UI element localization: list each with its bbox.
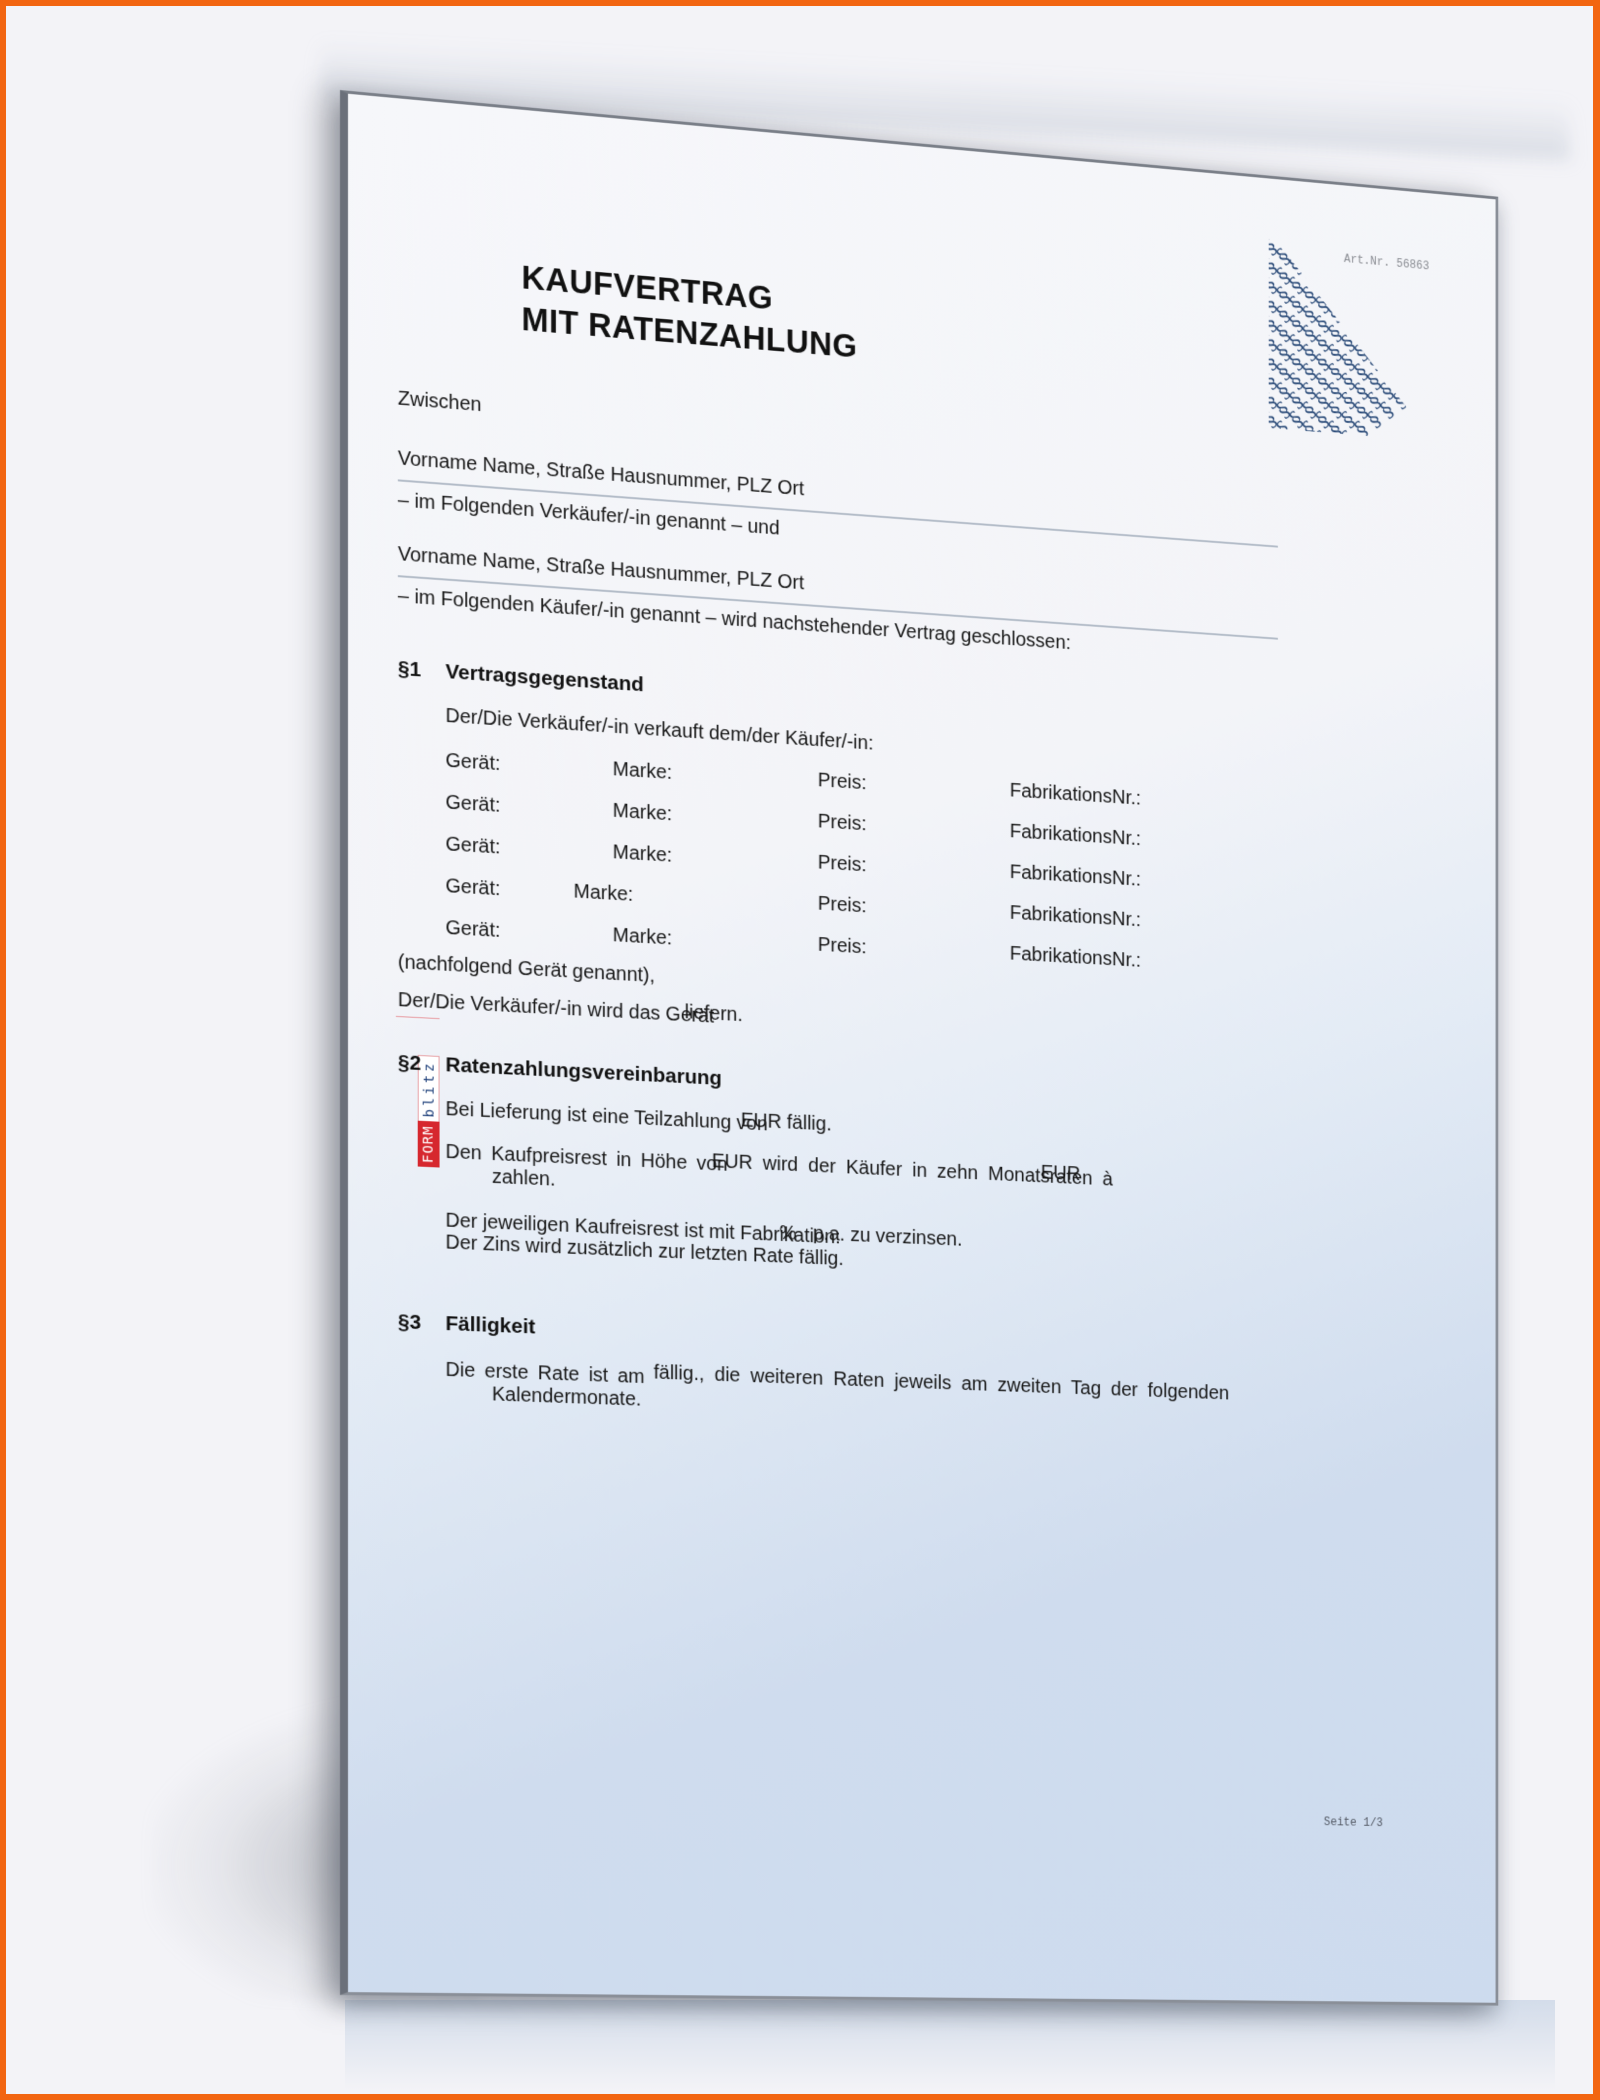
section-3-line-2: Kalendermonate. — [492, 1383, 641, 1411]
section-1-heading: §1Vertragsgegenstand — [398, 657, 644, 697]
section-3-heading: §3Fälligkeit — [398, 1310, 535, 1339]
section-1-after-2a: Der/Die Verkäufer/-in wird das Gerät — [398, 989, 714, 1028]
item-field-label: Marke: — [613, 800, 673, 826]
item-field-label: Gerät: — [445, 792, 500, 818]
item-field-label: Preis: — [818, 852, 867, 877]
section-2-heading: §2Ratenzahlungsvereinbarung — [398, 1051, 722, 1091]
item-field-label: Marke: — [574, 881, 634, 907]
document-stage: KAUFVERTRAG MIT RATENZAHLUNG Art.Nr. 568… — [340, 90, 1560, 1995]
section-2-line-1a: Bei Lieferung ist eine Teilzahlung von — [445, 1098, 767, 1136]
page-reflection — [345, 2000, 1555, 2090]
section-3-title: Fälligkeit — [445, 1312, 535, 1338]
seller-role: – im Folgenden Verkäufer/-in genannt – u… — [398, 489, 780, 540]
section-3-line-1b: fällig., die weiteren Raten jeweils am z… — [654, 1362, 1230, 1406]
item-field-label: FabrikationsNr.: — [1010, 902, 1141, 932]
item-field-label: Marke: — [613, 758, 673, 784]
item-field-label: FabrikationsNr.: — [1010, 780, 1141, 811]
section-1-title: Vertragsgegenstand — [445, 660, 643, 696]
section-2-line-2a: Den Kaufpreisrest in Höhe von — [445, 1141, 727, 1177]
item-field-label: Gerät: — [445, 875, 500, 901]
item-field-label: FabrikationsNr.: — [1010, 943, 1141, 973]
section-2-line-1b: EUR fällig. — [741, 1109, 832, 1136]
item-field-label: Preis: — [818, 811, 867, 837]
document-page: KAUFVERTRAG MIT RATENZAHLUNG Art.Nr. 568… — [340, 90, 1498, 2006]
section-2-line-3b: % — [779, 1222, 796, 1245]
article-number: Art.Nr. 56863 — [1344, 252, 1429, 273]
section-2-title: Ratenzahlungsvereinbarung — [445, 1053, 721, 1090]
section-1-intro: Der/Die Verkäufer/-in verkauft dem/der K… — [445, 705, 873, 756]
document-title: KAUFVERTRAG MIT RATENZAHLUNG — [522, 257, 858, 368]
buyer-address: Vorname Name, Straße Hausnummer, PLZ Ort — [398, 543, 804, 595]
parties-intro: Zwischen — [398, 388, 482, 418]
item-field-label: Preis: — [818, 934, 867, 959]
section-2-line-2d: zahlen. — [492, 1166, 555, 1192]
item-field-label: Marke: — [613, 841, 673, 867]
item-field-label: Preis: — [818, 893, 867, 918]
item-field-label: FabrikationsNr.: — [1010, 821, 1141, 851]
section-2-number: §2 — [398, 1051, 446, 1077]
item-field-label: Marke: — [613, 924, 673, 950]
section-2-line-2c: EUR — [1041, 1162, 1081, 1186]
buyer-role: – im Folgenden Käufer/-in genannt – wird… — [398, 585, 1071, 655]
item-field-label: FabrikationsNr.: — [1010, 861, 1141, 891]
section-3-number: §3 — [398, 1310, 446, 1336]
section-1-after-2b: liefern. — [685, 1001, 743, 1027]
item-field-label: Gerät: — [445, 917, 500, 943]
formblitz-logo: FORM blitz — [418, 1017, 440, 1167]
section-1-number: §1 — [398, 657, 446, 684]
item-field-label: Gerät: — [445, 833, 500, 859]
item-field-label: Gerät: — [445, 750, 500, 776]
section-1-after-1: (nachfolgend Gerät genannt), — [398, 951, 655, 988]
logo-form: FORM — [418, 1121, 440, 1168]
page-indicator: Seite 1/3 — [1324, 1815, 1383, 1829]
item-list: Gerät:Marke:Preis:FabrikationsNr.:Gerät:… — [348, 94, 1496, 200]
item-field-label: Preis: — [818, 770, 867, 796]
